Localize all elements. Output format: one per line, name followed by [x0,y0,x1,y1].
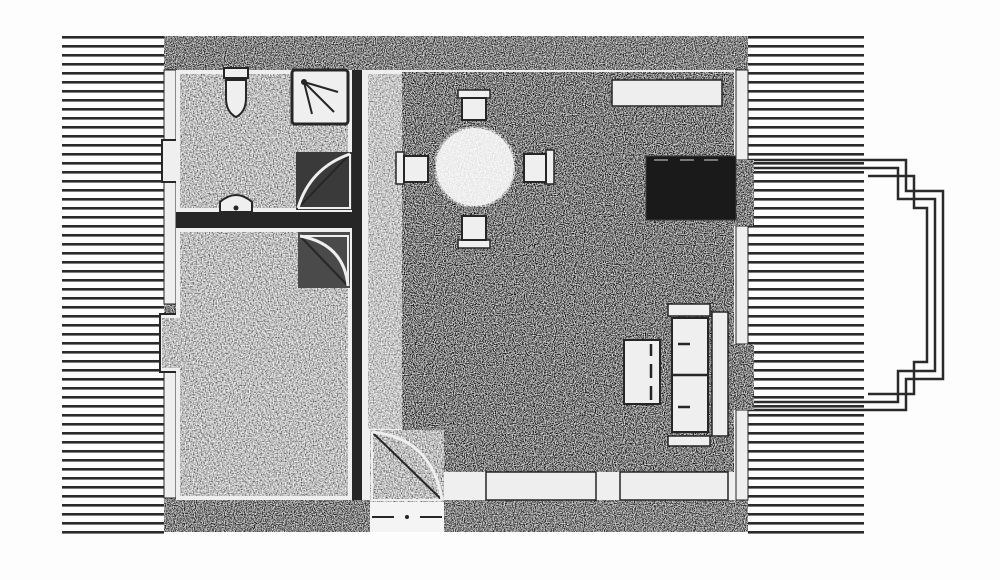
shower-icon [292,70,348,124]
bedroom-door-swing-icon [298,232,350,288]
sink-icon [220,195,252,212]
chair-icon [458,90,490,120]
toilet-icon [224,68,248,117]
shelf-icon [612,80,722,106]
floor-plan [0,0,1000,580]
armchair-icon [624,340,660,404]
left-exterior-hatch [62,36,164,540]
sideboard-icon [620,472,728,500]
round-dining-table-icon [435,127,515,207]
bathroom-door-swing-icon [296,152,352,210]
sideboard-icon [486,472,596,500]
entrance-threshold [370,502,444,532]
chair-icon [458,216,490,248]
central-wall [352,70,362,500]
chair-icon [524,150,554,184]
right-exterior-hatch [748,36,864,540]
sofa-icon [668,304,728,446]
left-wall-windows [164,70,176,498]
chair-icon [396,152,428,184]
sideboard-icon [646,156,736,220]
partition-wall [176,212,360,228]
entrance-door-swing-icon [370,430,444,502]
